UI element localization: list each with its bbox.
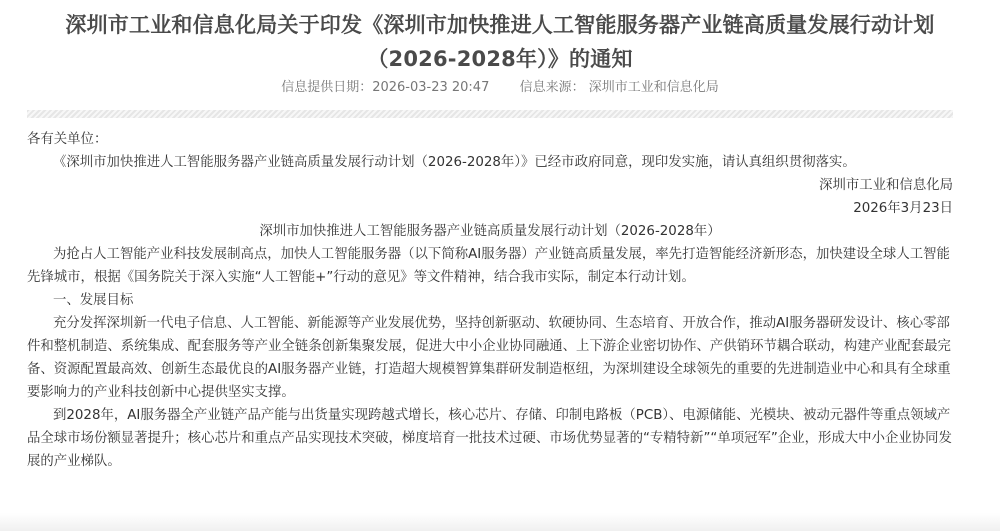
plan-title: 深圳市加快推进人工智能服务器产业链高质量发展行动计划（2026-2028年） [27, 220, 953, 243]
section-heading-goals: 一、发展目标 [27, 289, 953, 312]
hatched-divider [27, 110, 953, 118]
source-value: 深圳市工业和信息化局 [589, 78, 719, 98]
plan-preamble: 为抢占人工智能产业科技发展制高点，加快人工智能服务器（以下简称AI服务器）产业链… [27, 243, 953, 289]
article-body: 各有关单位： 《深圳市加快推进人工智能服务器产业链高质量发展行动计划（2026-… [27, 128, 953, 473]
notice-intro: 《深圳市加快推进人工智能服务器产业链高质量发展行动计划（2026-2028年）》… [27, 151, 953, 174]
goals-paragraph-1: 充分发挥深圳新一代电子信息、人工智能、新能源等产业发展优势，坚持创新驱动、软硬协… [27, 312, 953, 404]
notice-salutation: 各有关单位： [27, 128, 953, 151]
notice-issue-date: 2026年3月23日 [27, 197, 953, 220]
bottom-fade [0, 513, 1000, 531]
article-title: 深圳市工业和信息化局关于印发《深圳市加快推进人工智能服务器产业链高质量发展行动计… [30, 8, 970, 76]
article-page: 深圳市工业和信息化局关于印发《深圳市加快推进人工智能服务器产业链高质量发展行动计… [0, 0, 1000, 531]
date-label: 信息提供日期： [281, 78, 372, 98]
goals-paragraph-2: 到2028年，AI服务器全产业链产品产能与出货量实现跨越式增长，核心芯片、存储、… [27, 404, 953, 473]
date-value: 2026-03-23 20:47 [372, 78, 489, 98]
source-label: 信息来源： [520, 78, 585, 98]
notice-issuer: 深圳市工业和信息化局 [27, 174, 953, 197]
article-meta: 信息提供日期：2026-03-23 20:47 信息来源： 深圳市工业和信息化局 [0, 78, 1000, 98]
